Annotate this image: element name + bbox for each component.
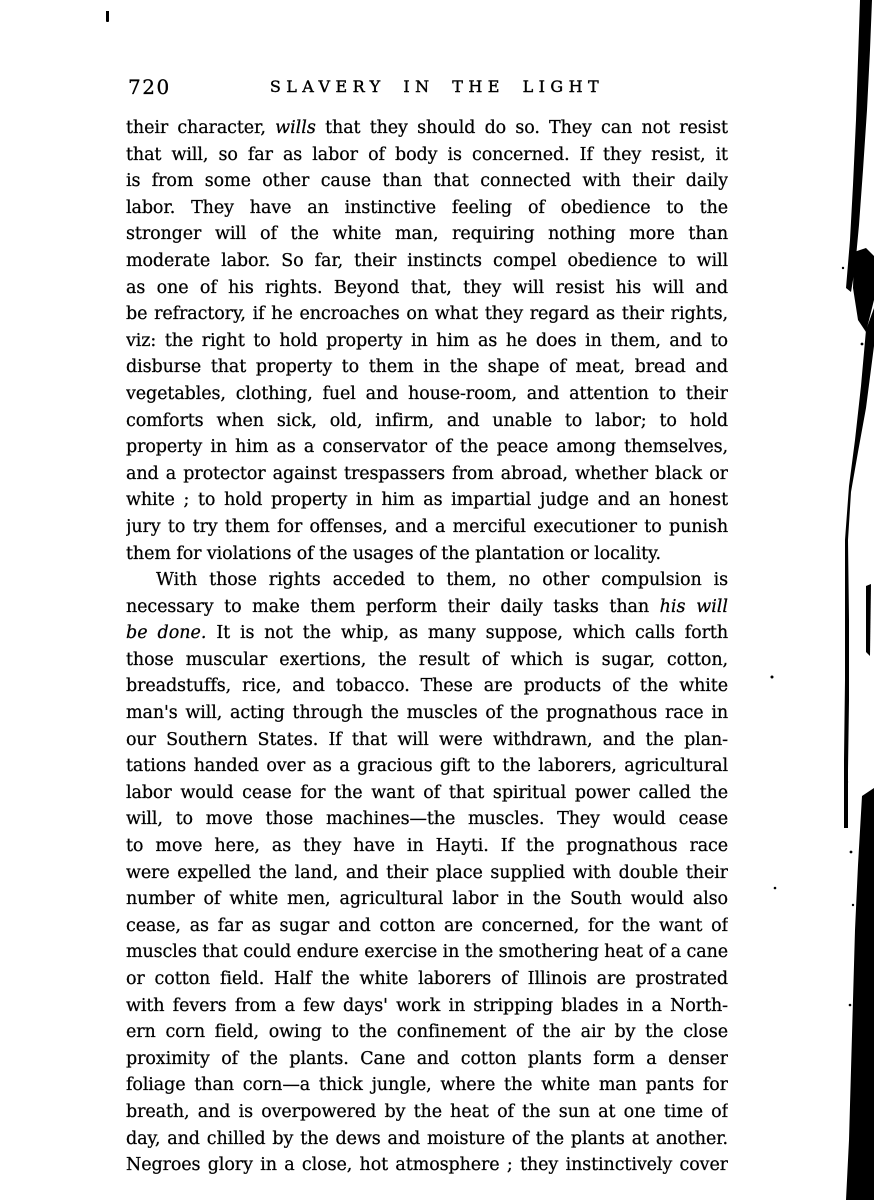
book-page: 720 SLAVERY IN THE LIGHT their character…: [0, 0, 874, 1200]
text-segment: white ; to hold property in him as impar…: [126, 490, 728, 510]
text-segment: them for violations of the usages of the…: [126, 544, 661, 564]
text-line: day, and chilled by the dews and moistur…: [126, 1126, 728, 1153]
text-line: to move here, as they have in Hayti. If …: [126, 833, 728, 860]
text-line: foliage than corn—a thick jungle, where …: [126, 1072, 728, 1099]
text-line: or cotton field. Half the white laborers…: [126, 966, 728, 993]
text-segment: vegetables, clothing, fuel and house-roo…: [126, 384, 728, 404]
text-line: them for violations of the usages of the…: [126, 541, 728, 568]
text-line: be done. It is not the whip, as many sup…: [126, 620, 728, 647]
text-segment: foliage than corn—a thick jungle, where …: [126, 1075, 728, 1095]
text-segment: breadstuffs, rice, and tobacco. These ar…: [126, 676, 728, 696]
text-segment: is from some other cause than that conne…: [126, 171, 728, 191]
running-title: SLAVERY IN THE LIGHT: [146, 77, 728, 96]
text-segment: will, to move those machines—the muscles…: [126, 809, 728, 829]
text-segment: property in him as a conservator of the …: [126, 437, 728, 457]
text-line: moderate labor. So far, their instincts …: [126, 248, 728, 275]
text-segment: viz: the right to hold property in him a…: [126, 331, 728, 351]
text-line: necessary to make them perform their dai…: [126, 594, 728, 621]
text-line: number of white men, agricultural labor …: [126, 886, 728, 913]
text-line: and a protector against trespassers from…: [126, 461, 728, 488]
text-segment: proximity of the plants. Cane and cotton…: [126, 1049, 728, 1069]
text-line: vegetables, clothing, fuel and house-roo…: [126, 381, 728, 408]
text-segment: With those rights acceded to them, no ot…: [156, 570, 728, 590]
text-segment: moderate labor. So far, their instincts …: [126, 251, 728, 271]
text-line: our Southern States. If that will were w…: [126, 727, 728, 754]
text-segment: stronger will of the white man, requirin…: [126, 224, 728, 244]
italic-text-segment: his will: [660, 597, 728, 617]
text-segment: jury to try them for offenses, and a mer…: [126, 517, 728, 537]
text-segment: be refractory, if he encroaches on what …: [126, 304, 728, 324]
text-segment: Negroes glory in a close, hot atmosphere…: [126, 1155, 728, 1175]
text-segment: number of white men, agricultural labor …: [126, 889, 728, 909]
text-segment: and a protector against trespassers from…: [126, 464, 728, 484]
text-segment: breath, and is overpowered by the heat o…: [126, 1102, 728, 1122]
text-line: labor. They have an instinctive feeling …: [126, 195, 728, 222]
page-header: 720 SLAVERY IN THE LIGHT: [126, 74, 728, 100]
text-segment: our Southern States. If that will were w…: [126, 730, 728, 750]
text-segment: that will, so far as labor of body is co…: [126, 145, 728, 165]
text-segment: necessary to make them perform their dai…: [126, 597, 660, 617]
text-line: breath, and is overpowered by the heat o…: [126, 1099, 728, 1126]
text-segment: to move here, as they have in Hayti. If …: [126, 836, 728, 856]
text-segment: It is not the whip, as many suppose, whi…: [206, 623, 728, 643]
text-segment: comforts when sick, old, infirm, and una…: [126, 411, 728, 431]
text-line: property in him as a conservator of the …: [126, 434, 728, 461]
text-segment: man's will, acting through the muscles o…: [126, 703, 728, 723]
text-segment: day, and chilled by the dews and moistur…: [126, 1129, 728, 1149]
text-segment: their character,: [126, 118, 275, 138]
text-line: cease, as far as sugar and cotton are co…: [126, 913, 728, 940]
text-segment: labor would cease for the want of that s…: [126, 783, 728, 803]
text-line: muscles that could endure exercise in th…: [126, 939, 728, 966]
text-line: Negroes glory in a close, hot atmosphere…: [126, 1152, 728, 1179]
text-line: viz: the right to hold property in him a…: [126, 328, 728, 355]
text-segment: muscles that could endure exercise in th…: [126, 942, 728, 962]
text-line: will, to move those machines—the muscles…: [126, 806, 728, 833]
text-segment: that they should do so. They can not res…: [316, 118, 728, 138]
text-line: ern corn field, owing to the confinement…: [126, 1019, 728, 1046]
text-line: were expelled the land, and their place …: [126, 860, 728, 887]
text-line: stronger will of the white man, requirin…: [126, 221, 728, 248]
text-line: proximity of the plants. Cane and cotton…: [126, 1046, 728, 1073]
text-segment: disburse that property to them in the sh…: [126, 357, 728, 377]
page-body: their character, wills that they should …: [126, 115, 728, 1179]
text-line: that will, so far as labor of body is co…: [126, 142, 728, 169]
text-segment: labor. They have an instinctive feeling …: [126, 198, 728, 218]
text-line: white ; to hold property in him as impar…: [126, 487, 728, 514]
text-line: those muscular exertions, the result of …: [126, 647, 728, 674]
scan-speck-mark: [106, 11, 109, 22]
text-segment: cease, as far as sugar and cotton are co…: [126, 916, 728, 936]
text-line: breadstuffs, rice, and tobacco. These ar…: [126, 673, 728, 700]
text-segment: ern corn field, owing to the confinement…: [126, 1022, 728, 1042]
text-segment: with fevers from a few days' work in str…: [126, 996, 728, 1016]
text-segment: tations handed over as a gracious gift t…: [126, 756, 728, 776]
text-line: man's will, acting through the muscles o…: [126, 700, 728, 727]
text-line: with fevers from a few days' work in str…: [126, 993, 728, 1020]
text-segment: as one of his rights. Beyond that, they …: [126, 278, 728, 298]
italic-text-segment: be done.: [126, 623, 206, 643]
text-line: comforts when sick, old, infirm, and una…: [126, 408, 728, 435]
text-segment: those muscular exertions, the result of …: [126, 650, 728, 670]
text-line: disburse that property to them in the sh…: [126, 354, 728, 381]
text-line: tations handed over as a gracious gift t…: [126, 753, 728, 780]
text-line: is from some other cause than that conne…: [126, 168, 728, 195]
text-segment: or cotton field. Half the white laborers…: [126, 969, 728, 989]
text-line: labor would cease for the want of that s…: [126, 780, 728, 807]
text-line: their character, wills that they should …: [126, 115, 728, 142]
text-line: jury to try them for offenses, and a mer…: [126, 514, 728, 541]
italic-text-segment: wills: [275, 118, 316, 138]
text-segment: were expelled the land, and their place …: [126, 863, 728, 883]
text-line: be refractory, if he encroaches on what …: [126, 301, 728, 328]
text-line: as one of his rights. Beyond that, they …: [126, 275, 728, 302]
text-line: With those rights acceded to them, no ot…: [126, 567, 728, 594]
